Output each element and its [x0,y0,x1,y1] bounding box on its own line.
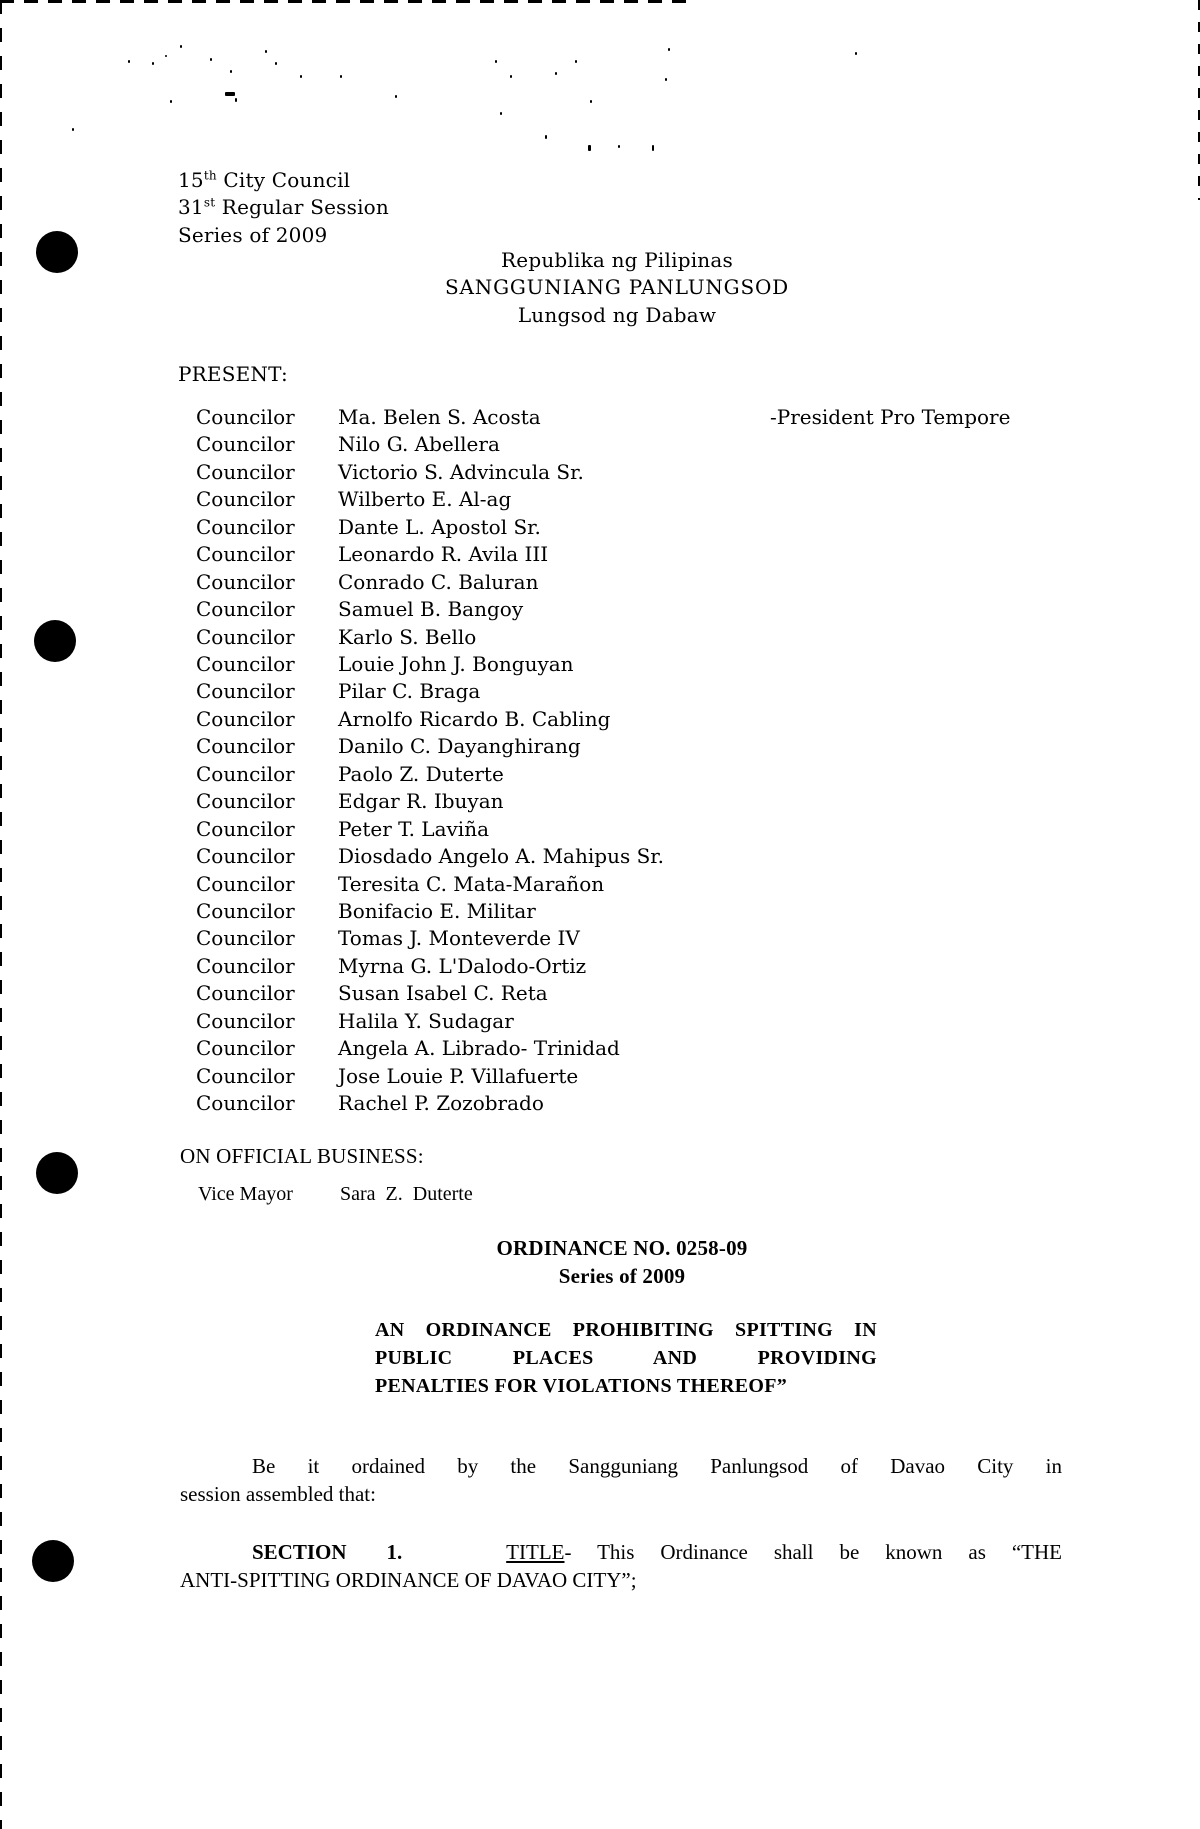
section-1: SECTION 1. TITLE- This Ordinance shall b… [180,1538,1062,1594]
member-position: Councilor [196,734,295,758]
member-name: Victorio S. Advincula Sr. [338,460,584,484]
scan-edge-left [0,0,2,1829]
member-name: Paolo Z. Duterte [338,762,504,786]
hole-punch [36,231,78,273]
member-name: Conrado C. Baluran [338,570,538,594]
legislative-body-heading: SANGGUNIANG PANLUNGSOD [445,275,789,299]
member-name: Nilo G. Abellera [338,432,500,456]
member-position: Councilor [196,679,295,703]
member-name: Edgar R. Ibuyan [338,789,504,813]
member-position: Councilor [196,570,295,594]
ordinance-series: Series of 2009 [559,1264,685,1288]
member-name: Sara Z. Duterte [340,1182,473,1206]
member-name: Bonifacio E. Militar [338,899,536,923]
member-name: Pilar C. Braga [338,679,480,703]
member-position: Councilor [196,954,295,978]
member-position: Councilor [196,707,295,731]
member-name: Louie John J. Bonguyan [338,652,574,676]
member-position: Councilor [196,762,295,786]
scan-edge-top [0,0,690,3]
member-name: Ma. Belen S. Acosta [338,405,541,429]
section-heading: TITLE [506,1540,564,1564]
member-position: Councilor [196,487,295,511]
republic-heading: Republika ng Pilipinas [501,248,733,272]
member-position: Councilor [196,789,295,813]
enacting-clause: Be it ordained by the Sangguniang Panlun… [180,1452,1062,1508]
member-name: Teresita C. Mata-Marañon [338,872,604,896]
member-position: Councilor [196,899,295,923]
enacting-clause-line: Be it ordained by the Sangguniang Panlun… [180,1452,1062,1480]
member-position: Councilor [196,1009,295,1033]
member-position: Councilor [196,542,295,566]
member-name: Karlo S. Bello [338,625,476,649]
member-name: Rachel P. Zozobrado [338,1091,544,1115]
section-1-line: SECTION 1. TITLE- This Ordinance shall b… [180,1538,1062,1566]
member-position: Councilor [196,1036,295,1060]
enacting-clause-line: session assembled that: [180,1480,1062,1508]
member-name: Halila Y. Sudagar [338,1009,514,1033]
member-name: Arnolfo Ricardo B. Cabling [338,707,610,731]
member-position: Councilor [196,625,295,649]
section-label: SECTION 1. [252,1540,402,1564]
member-name: Dante L. Apostol Sr. [338,515,541,539]
session-number: 31st Regular Session [178,195,389,219]
member-name: Diosdado Angelo A. Mahipus Sr. [338,844,664,868]
ordinance-title-line: PUBLIC PLACES AND PROVIDING [375,1344,877,1372]
member-position: Councilor [196,872,295,896]
member-name: Samuel B. Bangoy [338,597,523,621]
member-position: Councilor [196,1064,295,1088]
member-position: Councilor [196,597,295,621]
section-text: - This Ordinance shall be known as “THE [564,1540,1062,1564]
header-series: Series of 2009 [178,223,327,247]
member-name: Leonardo R. Avila III [338,542,548,566]
member-position: Councilor [196,844,295,868]
hole-punch [34,620,76,662]
ordinance-title-line: PENALTIES FOR VIOLATIONS THEREOF” [375,1372,877,1400]
member-name: Peter T. Laviña [338,817,489,841]
member-position: Councilor [196,405,295,429]
member-name: Wilberto E. Al-ag [338,487,511,511]
present-label: PRESENT: [178,362,288,386]
member-position: Councilor [196,515,295,539]
section-1-line: ANTI-SPITTING ORDINANCE OF DAVAO CITY”; [180,1566,1062,1594]
member-position: Vice Mayor [198,1182,293,1206]
member-position: Councilor [196,432,295,456]
city-heading: Lungsod ng Dabaw [518,303,716,327]
ordinance-title: AN ORDINANCE PROHIBITING SPITTING IN PUB… [375,1316,877,1400]
scanned-page: 15th City Council 31st Regular Session S… [0,0,1200,1829]
member-position: Councilor [196,652,295,676]
hole-punch [36,1152,78,1194]
member-position: Councilor [196,981,295,1005]
ordinance-number: ORDINANCE NO. 0258-09 [497,1236,748,1260]
member-name: Angela A. Librado- Trinidad [338,1036,620,1060]
member-position: Councilor [196,817,295,841]
member-name: Myrna G. L'Dalodo-Ortiz [338,954,586,978]
member-position: Councilor [196,926,295,950]
member-role: -President Pro Tempore [770,405,1010,429]
member-position: Councilor [196,1091,295,1115]
member-name: Susan Isabel C. Reta [338,981,548,1005]
ordinance-title-line: AN ORDINANCE PROHIBITING SPITTING IN [375,1316,877,1344]
hole-punch [32,1540,74,1582]
member-name: Danilo C. Dayanghirang [338,734,581,758]
member-name: Jose Louie P. Villafuerte [338,1064,578,1088]
official-business-label: ON OFFICIAL BUSINESS: [180,1144,424,1168]
member-position: Councilor [196,460,295,484]
member-name: Tomas J. Monteverde IV [338,926,580,950]
council-number: 15th City Council [178,168,350,192]
